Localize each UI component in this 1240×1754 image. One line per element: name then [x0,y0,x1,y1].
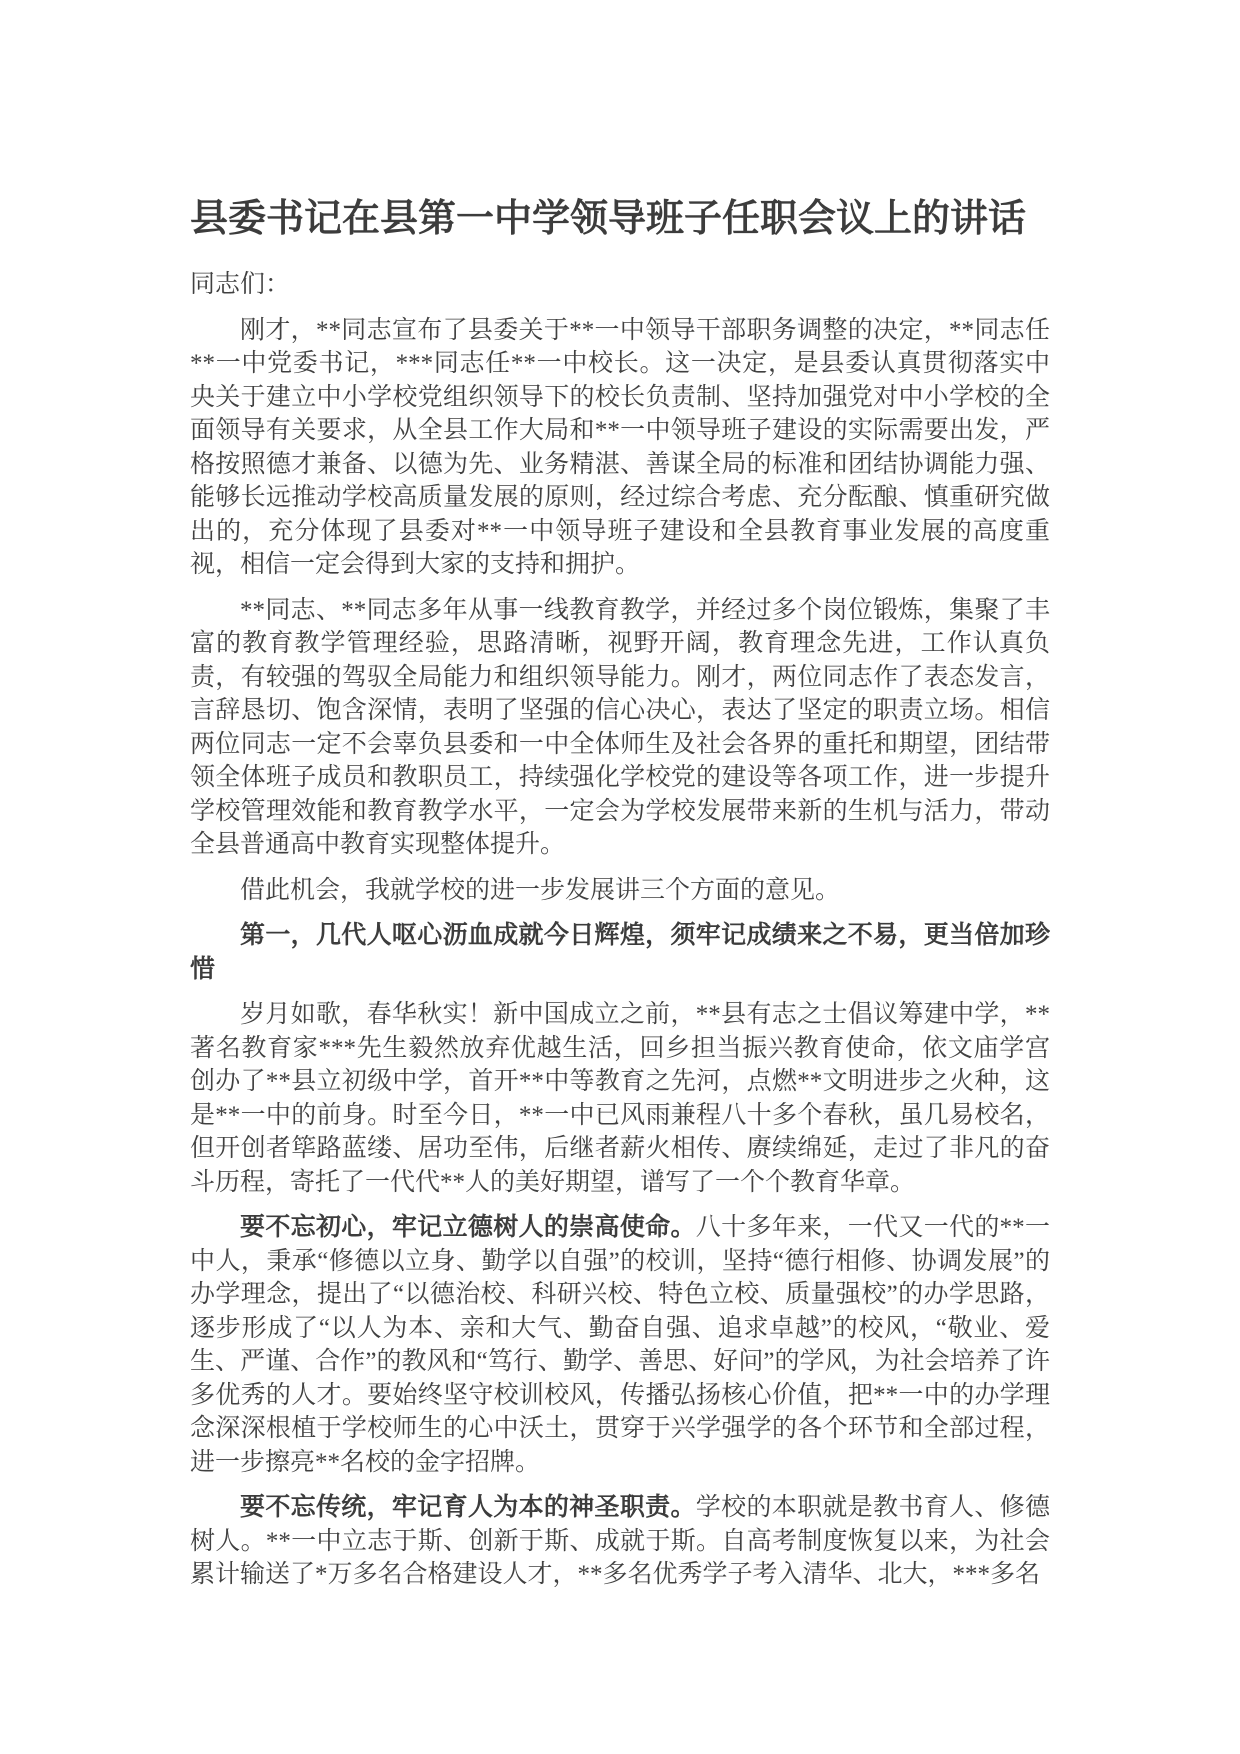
document-page: 县委书记在县第一中学领导班子任职会议上的讲话 同志们： 刚才，**同志宣布了县委… [0,0,1240,1754]
salutation: 同志们： [190,268,1050,302]
paragraph-3: 借此机会，我就学校的进一步发展讲三个方面的意见。 [190,874,1050,908]
paragraph-4: 岁月如歌，春华秋实！新中国成立之前，**县有志之士倡议筹建中学，**著名教育家*… [190,998,1050,1199]
paragraph-6-lead: 要不忘传统，牢记育人为本的神圣职责。 [240,1494,696,1521]
paragraph-1: 刚才，**同志宣布了县委关于**一中领导干部职务调整的决定，**同志任**一中党… [190,314,1050,582]
paragraph-5: 要不忘初心，牢记立德树人的崇高使命。八十多年来，一代又一代的**一中人，秉承“修… [190,1211,1050,1479]
paragraph-5-text: 八十多年来，一代又一代的**一中人，秉承“修德以立身、勤学以自强”的校训，坚持“… [190,1214,1050,1476]
paragraph-2: **同志、**同志多年从事一线教育教学，并经过多个岗位锻炼，集聚了丰富的教育教学… [190,594,1050,862]
paragraph-5-lead: 要不忘初心，牢记立德树人的崇高使命。 [240,1214,696,1241]
document-title: 县委书记在县第一中学领导班子任职会议上的讲话 [190,196,1050,242]
section-heading-1: 第一，几代人呕心沥血成就今日辉煌，须牢记成绩来之不易，更当倍加珍惜 [190,919,1050,986]
paragraph-6: 要不忘传统，牢记育人为本的神圣职责。学校的本职就是教书育人、修德树人。**一中立… [190,1491,1050,1592]
